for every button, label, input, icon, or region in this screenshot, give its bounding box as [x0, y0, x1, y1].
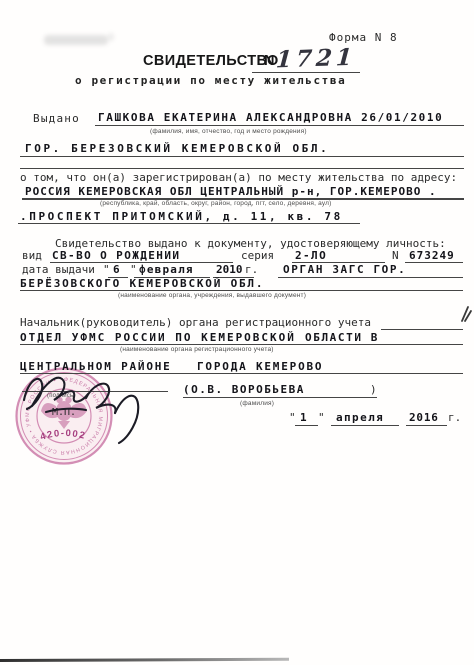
certificate-number-handwritten: 1721	[275, 44, 357, 74]
name-field-line	[95, 125, 464, 126]
issuer-line1-rule	[278, 277, 463, 278]
date-day-rule	[295, 425, 318, 426]
issuer-line1: ОРГАН ЗАГС ГОР.	[283, 264, 406, 276]
address-line2-rule	[18, 223, 360, 224]
date-year: 2016	[409, 412, 439, 424]
date-day: 1	[300, 412, 307, 424]
scan-smudge-small	[108, 33, 114, 41]
doc-kind-value: СВ-ВО О РОЖДЕНИИ	[52, 250, 180, 262]
doc-series-label: серия	[241, 250, 274, 262]
date-quote-open: "	[289, 412, 296, 424]
official-name-paren: )	[370, 384, 377, 396]
date-year-rule	[406, 425, 447, 426]
certificate-subtitle: о регистрации по месту жительства	[75, 74, 346, 87]
issuer-hint: (наименование органа, учреждения, выдавш…	[118, 292, 306, 299]
issue-day-quote-open: "	[103, 264, 110, 276]
birth-place: ГОР. БЕРЕЗОВСКИЙ КЕМЕРОВСКОЙ ОБЛ.	[25, 143, 329, 155]
issuer-line2: БЕРЁЗОВСКОГО КЕМЕРОВСКОЙ ОБЛ.	[20, 278, 264, 290]
doc-kind-label: вид	[22, 250, 42, 262]
address-line2: .ПРОСПЕКТ ПРИТОМСКИЙ, д. 11, кв. 78	[20, 211, 343, 223]
signature-scribble	[16, 368, 166, 446]
official-name: (О.В. ВОРОБЬЕВА	[183, 384, 305, 396]
issue-month: февраля	[139, 264, 194, 276]
date-month-rule	[331, 425, 399, 426]
issue-day-quote-close: "	[130, 264, 137, 276]
certificate-page: ФЕДЕРАЛЬНАЯ МИГРАЦИОННАЯ СЛУЖБА • УФМС Р…	[0, 0, 474, 665]
date-quote-close: "	[318, 412, 325, 424]
doc-number-value: 673249	[409, 250, 455, 262]
address-line1: РОССИЯ КЕМЕРОВСКАЯ ОБЛ ЦЕНТРАЛЬНЫЙ р-н, …	[25, 186, 437, 198]
doc-series-value: 2-ЛО	[295, 250, 327, 262]
date-suffix: г.	[448, 412, 461, 424]
doc-number-rule	[405, 262, 463, 263]
official-name-rule	[183, 397, 377, 398]
form-number-label: Форма N 8	[329, 32, 398, 44]
authority-hint: (наименование органа регистрационного уч…	[120, 346, 274, 353]
issue-year: 2010	[216, 264, 243, 276]
page-bottom-edge	[0, 658, 289, 663]
date-month: апреля	[336, 412, 384, 424]
empty-field-line	[20, 168, 464, 169]
doc-number-label: N	[392, 250, 399, 262]
address-hint: (республика, край, область, округ, район…	[100, 200, 332, 207]
issued-name: ГАШКОВА ЕКАТЕРИНА АЛЕКСАНДРОВНА 26/01/20…	[98, 112, 443, 124]
name-hint: (фамилия, имя, отчество, год и место рож…	[150, 128, 307, 135]
authority-org-line2b: ГОРОДА КЕМЕРОВО	[197, 361, 323, 373]
birth-place-line	[20, 156, 464, 157]
certificate-title-n: N	[264, 53, 275, 69]
issue-year-suffix: г.	[245, 264, 258, 276]
scan-smudge	[44, 35, 108, 45]
issue-date-label: дата выдачи	[22, 264, 95, 276]
authority-org-line1b: ОБЛАСТИ В	[305, 332, 379, 344]
scan-mark-right-edge	[459, 303, 473, 323]
registration-intro: о том, что он(а) зарегистрирован(а) по м…	[20, 172, 457, 184]
official-name-hint: (фамилия)	[240, 400, 274, 407]
authority-head-rule	[381, 329, 463, 330]
authority-org-line1a: ОТДЕЛ УФМС РОССИИ ПО КЕМЕРОВСКОЙ	[20, 332, 296, 344]
authority-head-label: Начальник(руководитель) органа регистрац…	[20, 317, 371, 329]
certificate-title: СВИДЕТЕЛЬСТВО	[143, 53, 279, 69]
issue-day: 6	[113, 264, 120, 276]
issued-label: Выдано	[33, 113, 80, 125]
